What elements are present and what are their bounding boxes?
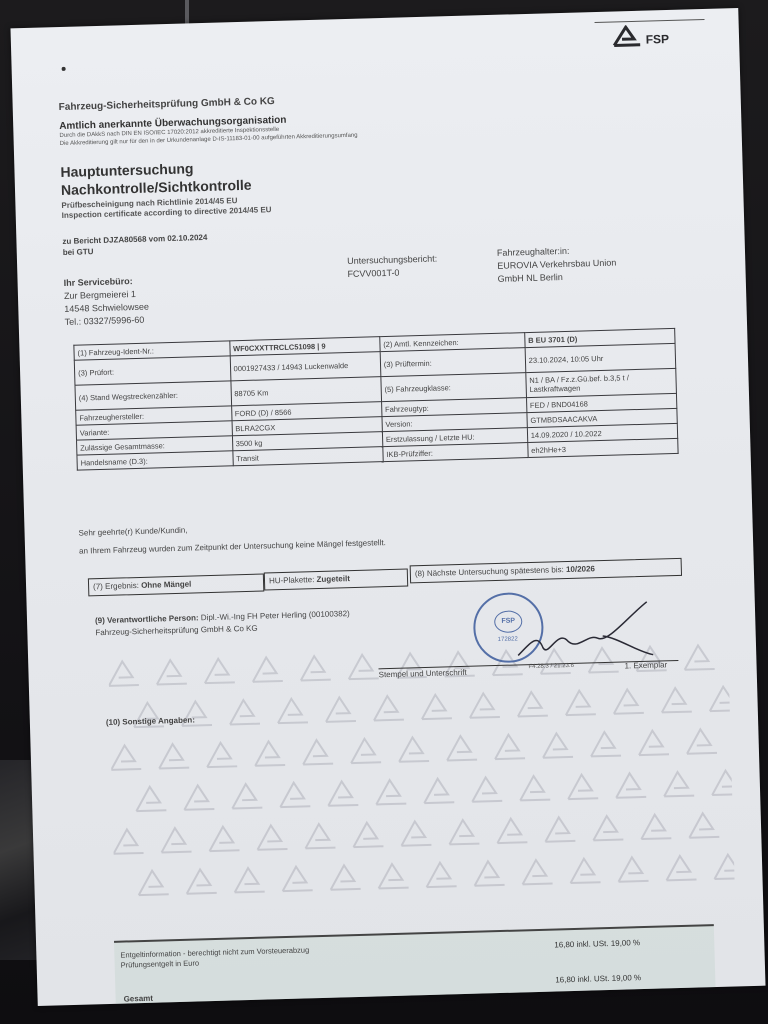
document-title: Hauptuntersuchung	[60, 160, 193, 180]
field-value: Transit	[232, 447, 383, 466]
result-value: Ohne Mängel	[141, 580, 191, 590]
logo-rule	[595, 19, 705, 23]
plate-label: HU-Plakette:	[269, 575, 315, 585]
fee-total-label: Gesamt	[124, 994, 154, 1004]
next-inspection-box: (8) Nächste Untersuchung spätestens bis:…	[410, 558, 682, 584]
triangle-watermark	[108, 639, 735, 906]
vehicle-holder-line2: GmbH NL Berlin	[498, 270, 617, 286]
fee-label: Prüfungsentgelt in Euro	[121, 958, 200, 969]
next-inspection-value: 10/2026	[566, 564, 595, 574]
responsible-company: Fahrzeug-Sicherheitsprüfung GmbH & Co KG	[95, 624, 257, 638]
fee-section: Entgeltinformation - berechtigt nicht zu…	[114, 924, 716, 1006]
letter-greeting: Sehr geehrte(r) Kunde/Kundin,	[78, 526, 187, 538]
inspection-report-label: Untersuchungsbericht:	[347, 253, 437, 269]
field-label: Handelsname (D.3):	[77, 451, 233, 470]
fee-info: Entgeltinformation - berechtigt nicht zu…	[120, 945, 309, 959]
result-box: (7) Ergebnis: Ohne Mängel	[88, 573, 264, 596]
form-code: F4.28.3 / 21.23.6	[528, 663, 574, 670]
document-subtitle: Nachkontrolle/Sichtkontrolle	[61, 177, 252, 198]
responsible-name: Dipl.-Wi.-Ing FH Peter Herling (00100382…	[201, 609, 350, 622]
signature-scribble	[497, 597, 659, 661]
service-office: Ihr Servicebüro: Zur Bergmeierei 1 14548…	[63, 275, 149, 329]
field-label: IKB-Prüfziffer:	[383, 443, 528, 462]
fee-amount: 16,80 inkl. USt. 19,00 %	[554, 938, 640, 949]
field-value: eh2hHe+3	[527, 438, 678, 457]
plate-box: HU-Plakette: Zugeteilt	[264, 568, 408, 590]
letter-body: an Ihrem Fahrzeug wurden zum Zeitpunkt d…	[79, 538, 386, 556]
fsp-logo: FSP	[611, 24, 669, 48]
fsp-triangle-icon	[611, 25, 642, 48]
plate-value: Zugeteilt	[316, 574, 350, 584]
report-reference: zu Bericht DJZA80568 vom 02.10.2024	[62, 233, 207, 246]
fee-total-amount: 16,80 inkl. USt. 19,00 %	[555, 973, 641, 984]
responsible-label: (9) Verantwortliche Person:	[95, 613, 199, 625]
responsible-person: (9) Verantwortliche Person: Dipl.-Wi.-In…	[95, 609, 350, 625]
inspection-certificate-page: FSP Fahrzeug-Sicherheitsprüfung GmbH & C…	[10, 8, 765, 1006]
inspection-report: Untersuchungsbericht: FCVV001T-0	[347, 253, 438, 282]
company-name: Fahrzeug-Sicherheitsprüfung GmbH & Co KG	[59, 96, 275, 113]
service-office-label: Ihr Servicebüro:	[63, 276, 132, 288]
inspection-site: bei GTU	[63, 247, 94, 257]
service-office-phone: Tel.: 03327/5996-60	[65, 314, 150, 329]
vehicle-holder: Fahrzeughalter:in: EUROVIA Verkehrsbau U…	[497, 244, 617, 286]
logo-text: FSP	[646, 32, 670, 47]
next-inspection-label: (8) Nächste Untersuchung spätestens bis:	[415, 565, 564, 578]
result-section: (7) Ergebnis: Ohne Mängel HU-Plakette: Z…	[88, 558, 684, 595]
vehicle-data-table: (1) Fahrzeug-Ident-Nr.:WF0CXXTTRCLC51098…	[73, 328, 678, 471]
result-label: (7) Ergebnis:	[93, 581, 139, 591]
inspection-report-value: FCVV001T-0	[347, 266, 437, 282]
punch-dot	[62, 67, 66, 71]
copy-number: 1. Exemplar	[624, 660, 667, 670]
